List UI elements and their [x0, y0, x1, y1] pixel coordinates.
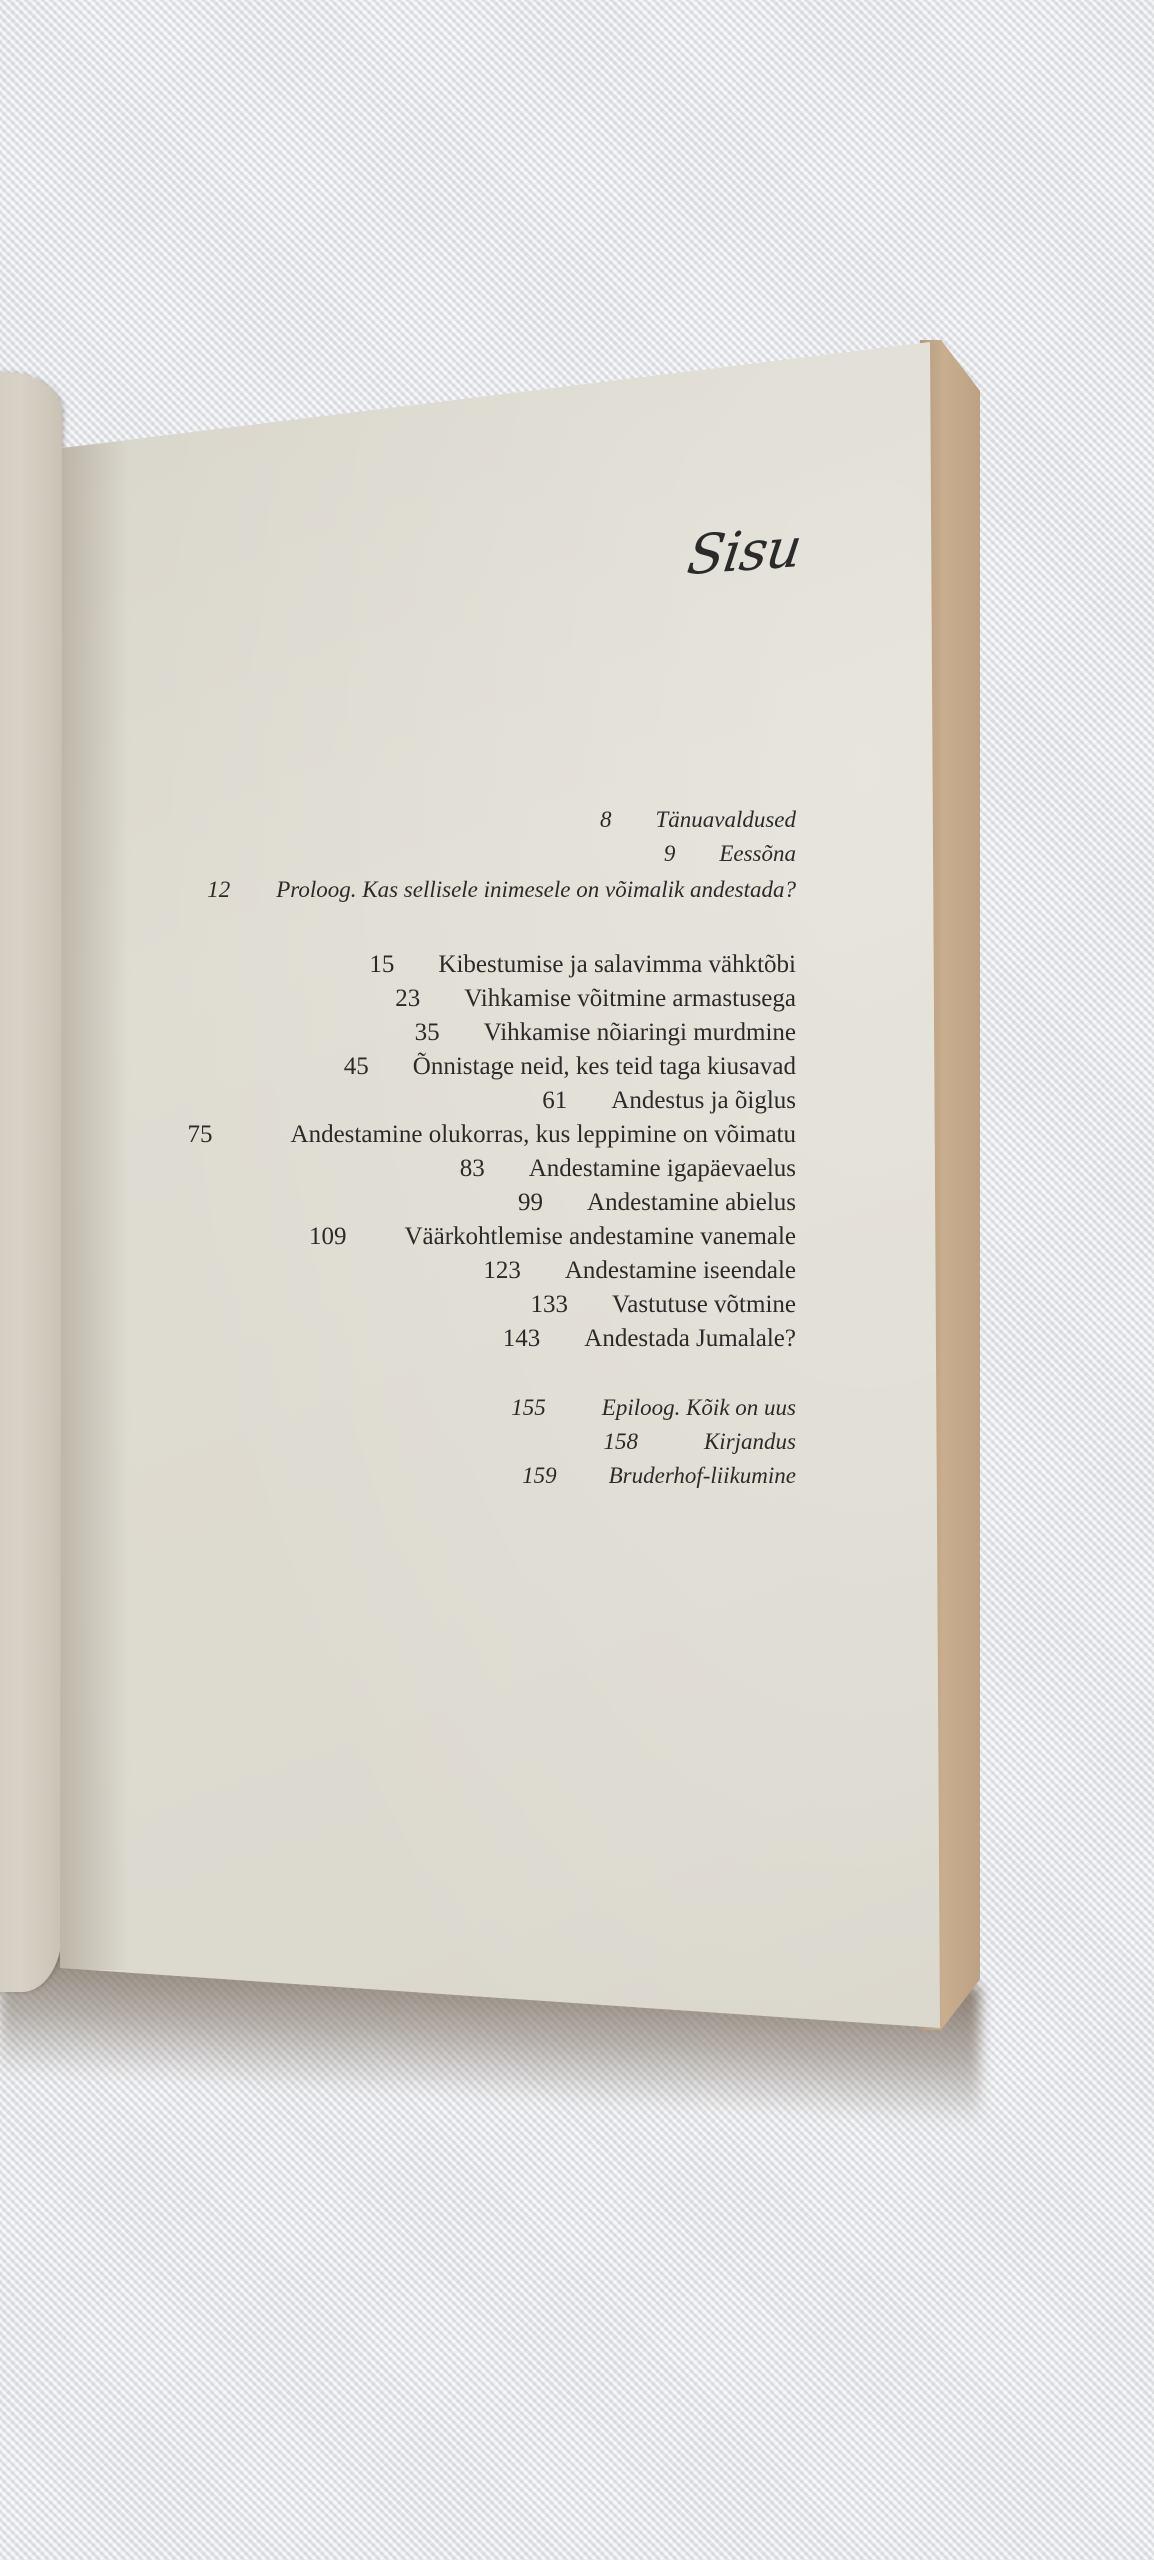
toc-title: Andestamine iseendale	[565, 1258, 796, 1283]
toc-page-number: 15	[369, 952, 394, 977]
toc-entry-chapter: 45 Õnnistage neid, kes teid taga kiusava…	[344, 1054, 796, 1079]
toc-title: Andestamine abielus	[587, 1190, 796, 1215]
toc-entry-chapter: 133 Vastutuse võtmine	[530, 1292, 796, 1317]
toc-entry-chapter: 143 Andestada Jumalale?	[503, 1326, 796, 1351]
toc-page-number: 83	[460, 1156, 485, 1181]
toc-page-number: 133	[530, 1292, 568, 1317]
toc-page-number: 158	[603, 1430, 638, 1453]
toc-entry-front: 9 Eessõna	[664, 842, 796, 865]
toc-title: Andestamine olukorras, kus leppimine on …	[291, 1122, 796, 1147]
toc-page-number: 9	[664, 842, 676, 865]
toc-page-number: 75	[188, 1122, 213, 1147]
toc-page-number: 159	[522, 1464, 557, 1487]
toc-page-number: 123	[483, 1258, 521, 1283]
toc-page-number: 99	[518, 1190, 543, 1215]
toc-page-number: 8	[600, 808, 612, 831]
toc-entry-chapter: 75 Andestamine olukorras, kus leppimine …	[188, 1122, 796, 1147]
toc-page-number: 109	[309, 1224, 347, 1249]
toc-title: Bruderhof-liikumine	[609, 1464, 796, 1487]
toc-page-number: 12	[207, 878, 230, 901]
toc-page-number: 45	[344, 1054, 369, 1079]
toc-entry-back: 155 Epiloog. Kõik on uus	[511, 1396, 796, 1419]
toc-entry-chapter: 123 Andestamine iseendale	[483, 1258, 796, 1283]
toc-entry-chapter: 35 Vihkamise nõiaringi murdmine	[415, 1020, 796, 1045]
toc-title: Tänuavaldused	[655, 808, 796, 831]
toc-page-number: 23	[395, 986, 420, 1011]
toc-entry-front: 12 Proloog. Kas sellisele inimesele on v…	[207, 878, 796, 901]
toc-title: Vihkamise võitmine armastusega	[464, 986, 796, 1011]
toc-page-number: 35	[415, 1020, 440, 1045]
toc-title: Vihkamise nõiaringi murdmine	[484, 1020, 796, 1045]
toc-page-number: 61	[542, 1088, 567, 1113]
toc-title: Andestus ja õiglus	[611, 1088, 796, 1113]
toc-title: Eessõna	[719, 842, 796, 865]
toc-entry-chapter: 83 Andestamine igapäevaelus	[460, 1156, 796, 1181]
table-of-contents: 8 Tänuavaldused 9 Eessõna 12 Proloog. Ka…	[0, 0, 1154, 2560]
toc-title: Kibestumise ja salavimma vähktõbi	[438, 952, 796, 977]
toc-entry-chapter: 23 Vihkamise võitmine armastusega	[395, 986, 796, 1011]
toc-entry-chapter: 15 Kibestumise ja salavimma vähktõbi	[369, 952, 796, 977]
toc-title: Vastutuse võtmine	[612, 1292, 796, 1317]
toc-page-number: 155	[511, 1396, 546, 1419]
toc-title: Proloog. Kas sellisele inimesele on võim…	[276, 878, 796, 901]
toc-title: Kirjandus	[704, 1430, 796, 1453]
toc-entry-back: 158 Kirjandus	[603, 1430, 796, 1453]
toc-title: Väärkohtlemise andestamine vanemale	[404, 1224, 796, 1249]
toc-entry-chapter: 99 Andestamine abielus	[518, 1190, 796, 1215]
toc-title: Andestada Jumalale?	[584, 1326, 796, 1351]
toc-page-number: 143	[503, 1326, 541, 1351]
toc-entry-chapter: 61 Andestus ja õiglus	[542, 1088, 796, 1113]
toc-entry-back: 159 Bruderhof-liikumine	[522, 1464, 796, 1487]
toc-title: Epiloog. Kõik on uus	[602, 1396, 796, 1419]
toc-title: Õnnistage neid, kes teid taga kiusavad	[413, 1054, 796, 1079]
toc-title: Andestamine igapäevaelus	[529, 1156, 796, 1181]
toc-entry-front: 8 Tänuavaldused	[600, 808, 796, 831]
toc-entry-chapter: 109 Väärkohtlemise andestamine vanemale	[309, 1224, 796, 1249]
